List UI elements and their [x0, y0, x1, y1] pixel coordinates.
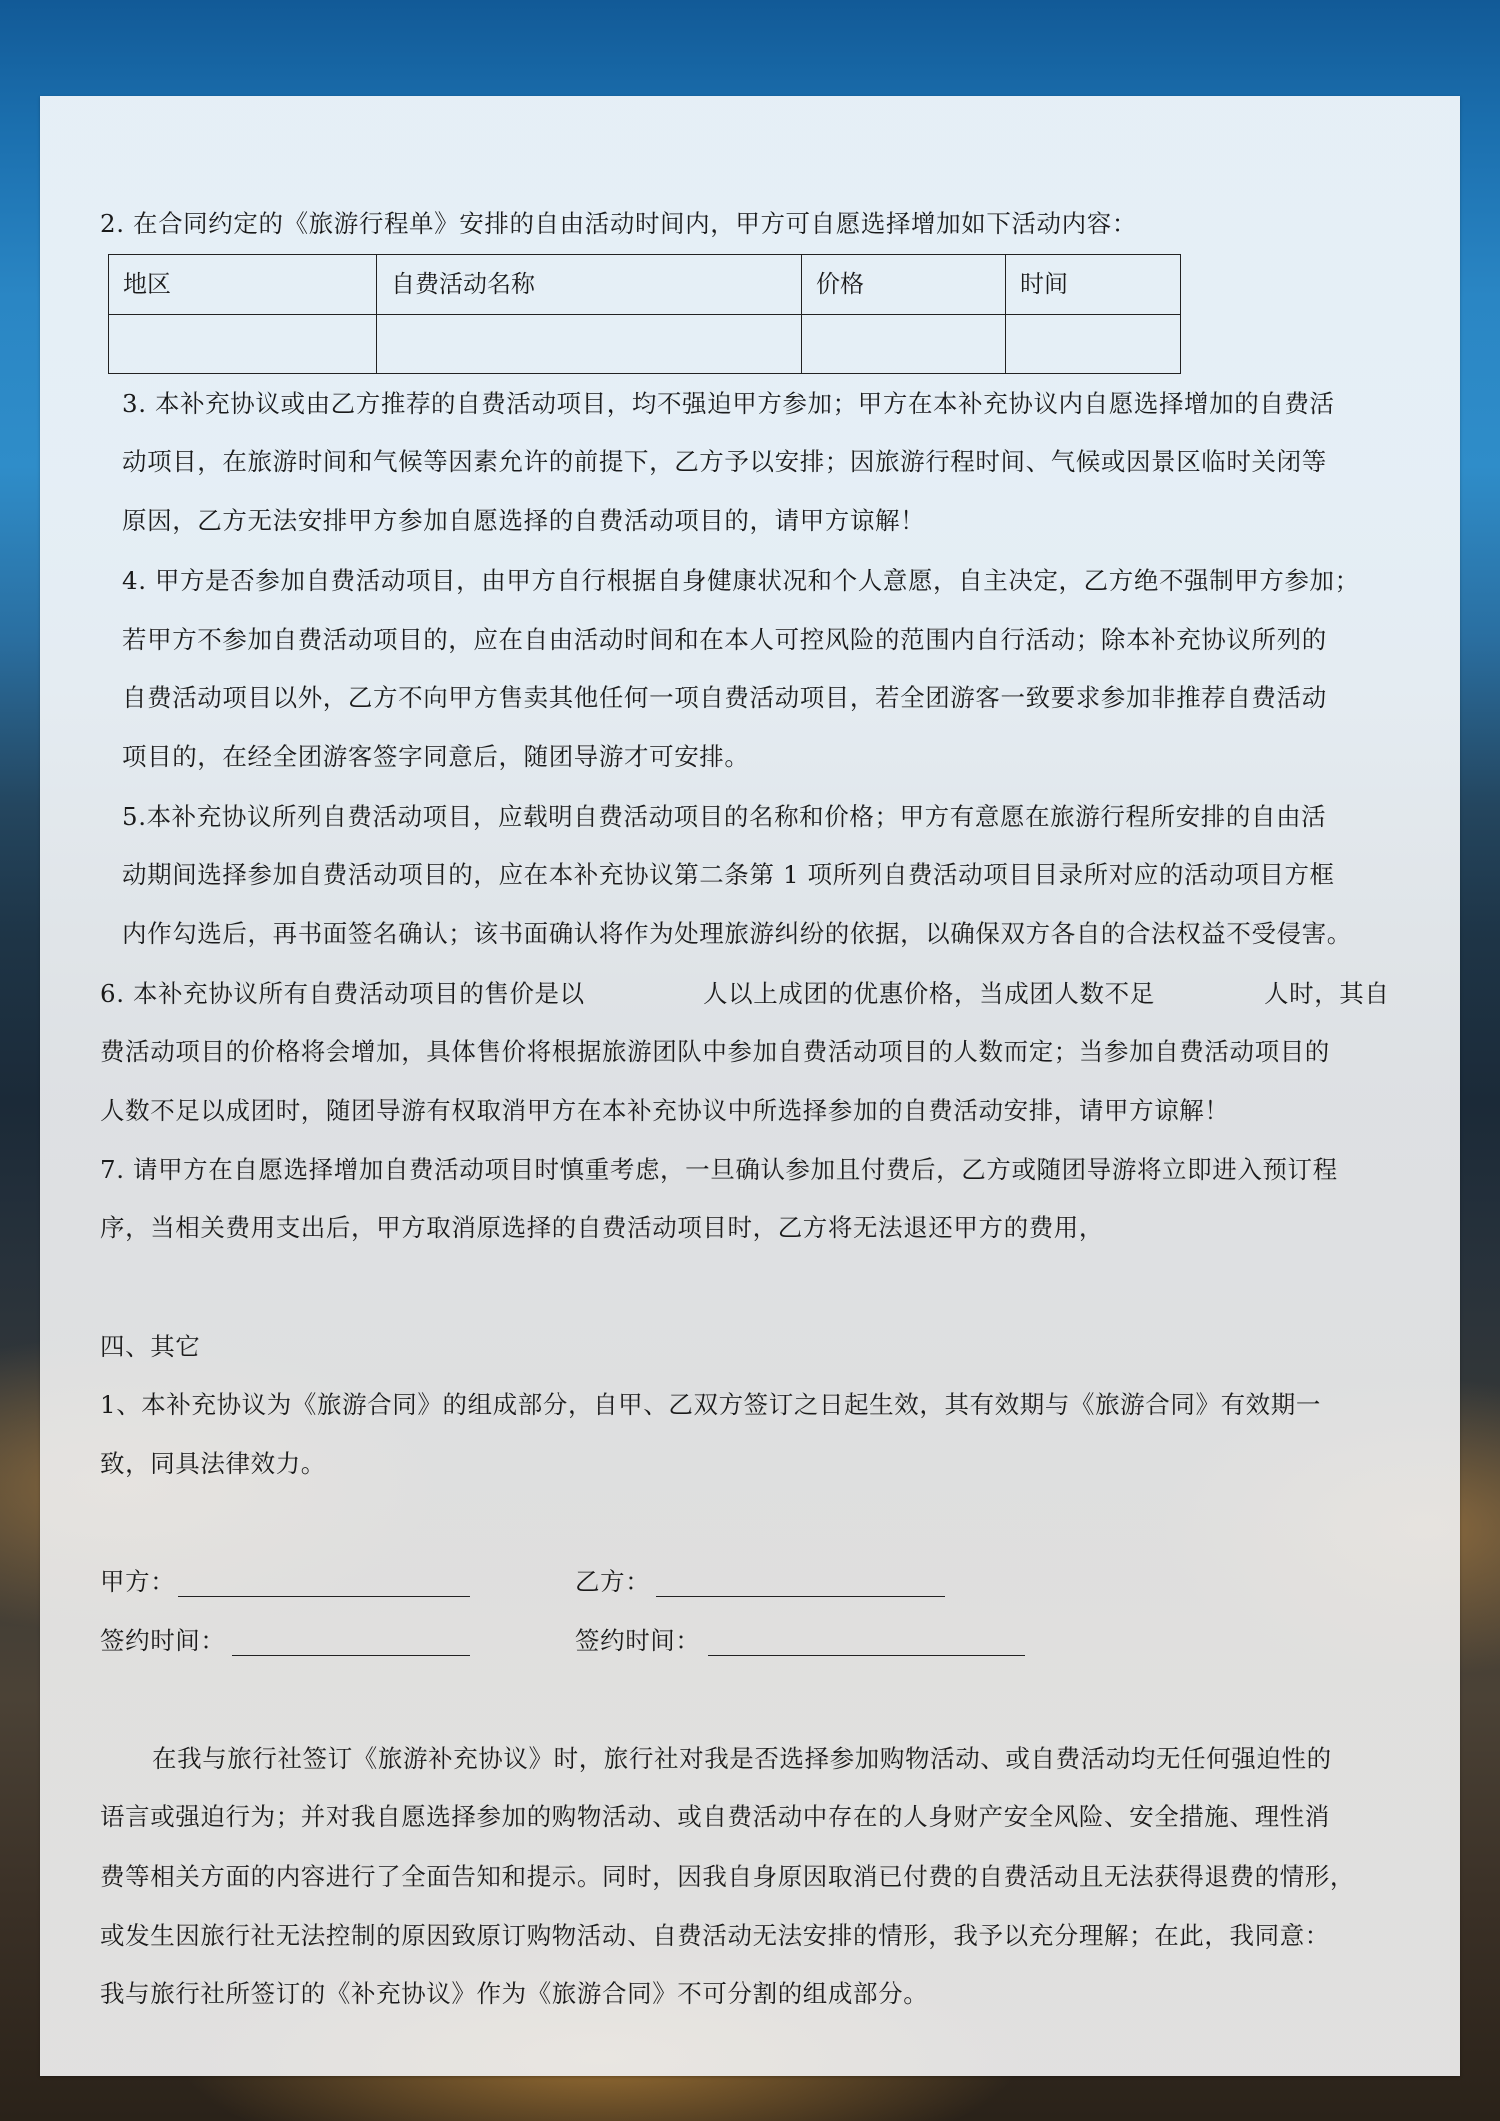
date-b-label: 签约时间： — [575, 1626, 701, 1656]
party-a-label: 甲方： — [100, 1567, 175, 1597]
clause6-line3: 人数不足以成团时，随团导游有权取消甲方在本补充协议中所选择参加的自费活动安排，请… — [100, 1096, 1230, 1126]
clause5-line3: 内作勾选后，再书面签名确认；该书面确认将作为处理旅游纠纷的依据，以确保双方各自的… — [122, 919, 1352, 949]
table-row — [109, 314, 1180, 373]
optional-activity-table: 地区 自费活动名称 价格 时间 — [108, 254, 1181, 374]
declaration-line2: 语言或强迫行为；并对我自愿选择参加的购物活动、或自费活动中存在的人身财产安全风险… — [100, 1802, 1330, 1832]
declaration-line5: 我与旅行社所签订的《补充协议》作为《旅游合同》不可分割的组成部分。 — [100, 1979, 928, 2009]
table-header-row: 地区 自费活动名称 价格 时间 — [109, 255, 1180, 315]
clause3-line2: 动项目，在旅游时间和气候等因素允许的前提下，乙方予以安排；因旅游行程时间、气候或… — [122, 447, 1327, 477]
party-a-signature-line[interactable] — [178, 1596, 470, 1597]
table-header-time: 时间 — [1006, 255, 1180, 314]
table-cell-region[interactable] — [109, 314, 377, 373]
date-b-signature-line[interactable] — [708, 1655, 1025, 1656]
clause4-line3: 自费活动项目以外，乙方不向甲方售卖其他任何一项自费活动项目，若全团游客一致要求参… — [122, 683, 1327, 713]
clause4-line1: 4. 甲方是否参加自费活动项目，由甲方自行根据自身健康状况和个人意愿，自主决定，… — [122, 566, 1360, 596]
clause7-line1: 7. 请甲方在自愿选择增加自费活动项目时慎重考虑，一旦确认参加且付费后，乙方或随… — [100, 1155, 1338, 1185]
clause6-line1-part3: 人时，其自 — [1264, 979, 1390, 1009]
clause4-line4: 项目的，在经全团游客签字同意后，随团导游才可安排。 — [122, 742, 750, 772]
clause6-line1-part1: 6. 本补充协议所有自费活动项目的售价是以 — [100, 979, 585, 1009]
section4-item1-line1: 1、本补充协议为《旅游合同》的组成部分，自甲、乙双方签订之日起生效，其有效期与《… — [100, 1390, 1321, 1420]
clause7-line2: 序，当相关费用支出后，甲方取消原选择的自费活动项目时，乙方将无法退还甲方的费用， — [100, 1213, 1104, 1243]
declaration-line1: 在我与旅行社签订《旅游补充协议》时，旅行社对我是否选择参加购物活动、或自费活动均… — [152, 1744, 1332, 1774]
section4-item1-line2: 致，同具法律效力。 — [100, 1449, 326, 1479]
party-b-label: 乙方： — [575, 1567, 650, 1597]
table-cell-activity-name[interactable] — [377, 314, 802, 373]
clause4-line2: 若甲方不参加自费活动项目的，应在自由活动时间和在本人可控风险的范围内自行活动；除… — [122, 625, 1327, 655]
table-cell-price[interactable] — [802, 314, 1006, 373]
declaration-line3: 费等相关方面的内容进行了全面告知和提示。同时，因我自身原因取消已付费的自费活动且… — [100, 1862, 1355, 1892]
section2-intro: 2. 在合同约定的《旅游行程单》安排的自由活动时间内，甲方可自愿选择增加如下活动… — [100, 209, 1137, 239]
clause5-line2: 动期间选择参加自费活动项目的，应在本补充协议第二条第 1 项所列自费活动项目目录… — [122, 860, 1335, 890]
declaration-line4: 或发生因旅行社无法控制的原因致原订购物活动、自费活动无法安排的情形，我予以充分理… — [100, 1921, 1330, 1951]
date-a-signature-line[interactable] — [232, 1655, 470, 1656]
table-cell-time[interactable] — [1006, 314, 1180, 373]
clause6-line2: 费活动项目的价格将会增加，具体售价将根据旅游团队中参加自费活动项目的人数而定；当… — [100, 1037, 1330, 1067]
clause6-line1-part2: 人以上成团的优惠价格，当成团人数不足 — [703, 979, 1155, 1009]
date-a-label: 签约时间： — [100, 1626, 226, 1656]
table-header-activity-name: 自费活动名称 — [377, 255, 802, 314]
clause3-line3: 原因，乙方无法安排甲方参加自愿选择的自费活动项目的，请甲方谅解！ — [122, 506, 925, 536]
clause5-line1: 5.本补充协议所列自费活动项目，应载明自费活动项目的名称和价格；甲方有意愿在旅游… — [122, 802, 1326, 832]
table-header-region: 地区 — [109, 255, 377, 314]
clause3-line1: 3. 本补充协议或由乙方推荐的自费活动项目，均不强迫甲方参加；甲方在本补充协议内… — [122, 389, 1335, 419]
section4-heading: 四、其它 — [100, 1332, 200, 1362]
table-header-price: 价格 — [802, 255, 1006, 314]
party-b-signature-line[interactable] — [656, 1596, 945, 1597]
